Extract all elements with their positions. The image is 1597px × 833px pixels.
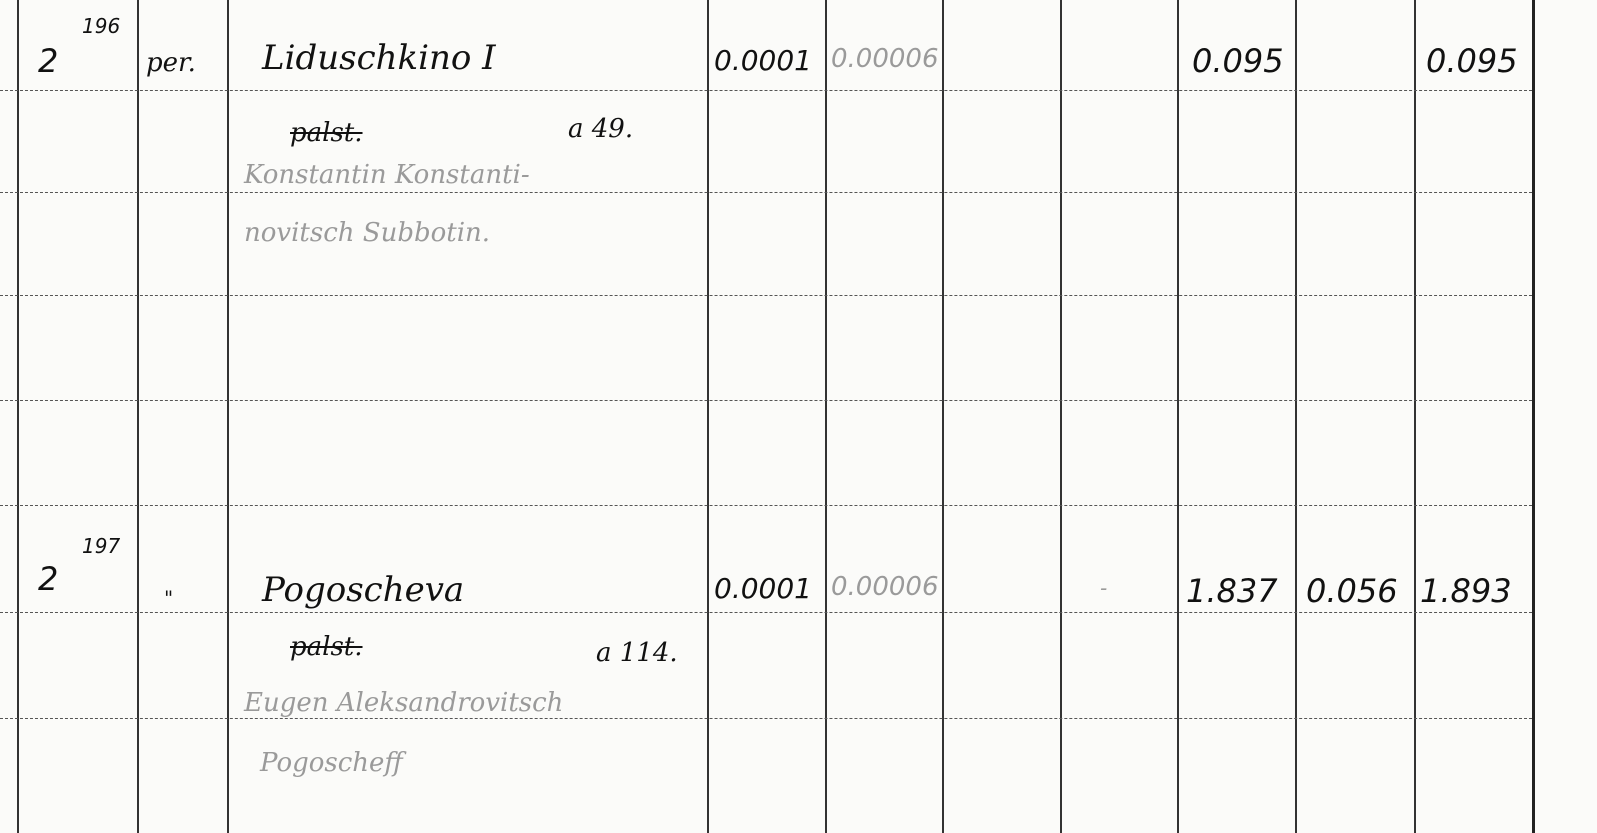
row-divider bbox=[0, 192, 1532, 193]
entry-struck-word: palst. bbox=[290, 118, 363, 148]
entry-col8: 1.837 bbox=[1186, 572, 1278, 610]
entry-class: " bbox=[164, 586, 173, 610]
column-divider bbox=[17, 0, 19, 833]
entry-struck-word: palst. bbox=[290, 632, 363, 662]
entry-col5: 0.00006 bbox=[831, 572, 939, 602]
entry-class: per. bbox=[146, 48, 196, 78]
entry-reference: a 114. bbox=[596, 638, 678, 668]
entry-owner-line1: Eugen Aleksandrovitsch bbox=[244, 688, 563, 718]
column-divider bbox=[1177, 0, 1179, 833]
entry-col7: - bbox=[1100, 576, 1107, 600]
column-divider bbox=[137, 0, 139, 833]
entry-number: 2 bbox=[38, 42, 58, 80]
entry-owner-line2: novitsch Subbotin. bbox=[244, 218, 490, 248]
column-divider bbox=[1532, 0, 1535, 833]
column-divider bbox=[707, 0, 709, 833]
row-divider bbox=[0, 505, 1532, 506]
entry-col5: 0.00006 bbox=[831, 44, 939, 74]
entry-col10: 0.095 bbox=[1426, 42, 1518, 80]
entry-reference: a 49. bbox=[568, 114, 633, 144]
row-divider bbox=[0, 295, 1532, 296]
column-divider bbox=[1060, 0, 1062, 833]
column-divider bbox=[1414, 0, 1416, 833]
entry-number-superscript: 197 bbox=[82, 534, 120, 558]
entry-number: 2 bbox=[38, 560, 58, 598]
entry-owner-line2: Pogoscheff bbox=[260, 748, 403, 778]
row-divider bbox=[0, 90, 1532, 91]
entry-col9: 0.056 bbox=[1306, 572, 1398, 610]
entry-col10: 1.893 bbox=[1420, 572, 1512, 610]
entry-col4: 0.0001 bbox=[714, 572, 812, 605]
column-divider bbox=[1295, 0, 1297, 833]
entry-owner-line1: Konstantin Konstanti- bbox=[244, 160, 530, 190]
row-divider bbox=[0, 612, 1532, 613]
column-divider bbox=[825, 0, 827, 833]
entry-number-superscript: 196 bbox=[82, 14, 120, 38]
row-divider bbox=[0, 400, 1532, 401]
entry-col8: 0.095 bbox=[1192, 42, 1284, 80]
entry-name: Pogoscheva bbox=[262, 570, 464, 610]
column-divider bbox=[942, 0, 944, 833]
row-divider bbox=[0, 718, 1532, 719]
column-divider bbox=[227, 0, 229, 833]
entry-col4: 0.0001 bbox=[714, 44, 812, 77]
entry-name: Liduschkino I bbox=[262, 38, 496, 78]
